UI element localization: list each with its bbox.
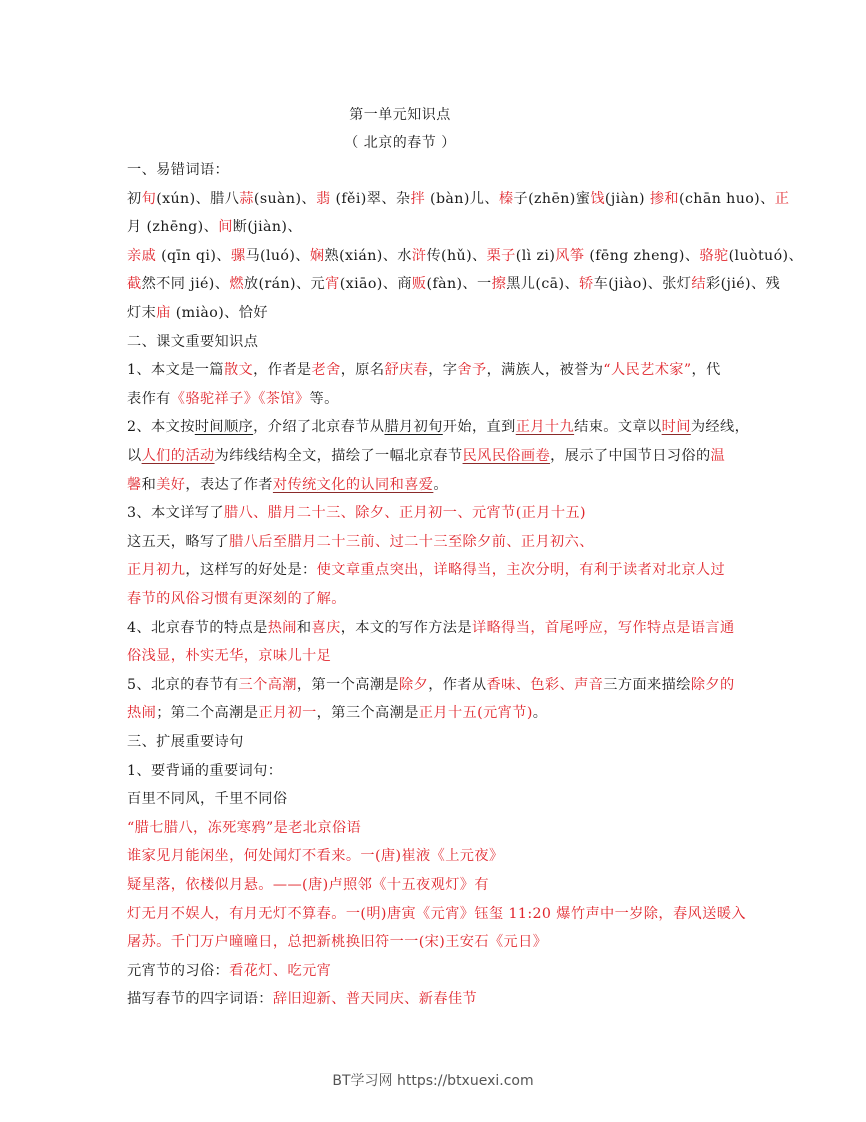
body-text: ，第三个高潮是	[317, 705, 419, 721]
body-text: 1、本文是一篇	[127, 362, 224, 378]
highlighted-text: 除夕的	[691, 677, 735, 693]
highlighted-text: 亲戚	[127, 248, 156, 264]
text-line: 热闹；第二个高潮是正月初一，第三个高潮是正月十五(元宵节)。	[127, 703, 742, 723]
body-text: 2、本文按	[127, 419, 195, 435]
body-text: (fàn)、一	[427, 276, 492, 292]
body-text: 描写春节的四字词语：	[127, 991, 273, 1007]
body-text: ，本文的写作方法是	[341, 620, 472, 636]
highlighted-text: 散文	[224, 362, 253, 378]
section-heading: 三、扩展重要诗句	[127, 732, 742, 752]
body-text: 结束。文章以	[574, 419, 662, 435]
highlighted-text: 骡	[231, 248, 246, 264]
text-line: 1、本文是一篇散文，作者是老舍，原名舒庆春，字舍予，满族人，被誉为“人民艺术家”…	[127, 360, 742, 380]
body-text: 断(jiàn)、	[233, 219, 302, 235]
text-line: 亲戚 (qīn qi)、骡马(luó)、娴熟(xián)、水浒传(hǔ)、栗子(…	[127, 246, 742, 266]
highlighted-text: 宵	[325, 276, 340, 292]
text-line: 3、本文详写了腊八、腊月二十三、除夕、正月初一、元宵节(正月十五)	[127, 503, 742, 523]
highlighted-text: 骆驼	[699, 248, 728, 264]
highlighted-text: 贩	[412, 276, 427, 292]
highlighted-text: 间	[218, 219, 233, 235]
text-line: 俗浅显，朴实无华，京味儿十足	[127, 646, 742, 666]
highlighted-text: 腊八、腊月二十三、除夕、正月初一、元宵节(正月十五)	[224, 505, 586, 521]
text-line: 4、北京春节的特点是热闹和喜庆，本文的写作方法是详略得当，首尾呼应，写作特点是语…	[127, 618, 742, 638]
highlighted-text: 正月十九	[516, 419, 574, 435]
text-line: 屠苏。千门万户曈曈日，总把新桃换旧符一一(宋)王安石《元日》	[127, 932, 742, 952]
body-text: 。	[533, 705, 548, 721]
highlighted-text: 屠苏。千门万户曈曈日，总把新桃换旧符一一(宋)王安石《元日》	[127, 934, 547, 950]
text-line: 灯无月不娱人，有月无灯不算春。一(明)唐寅《元宵》钰玺 11:20 爆竹声中一岁…	[127, 904, 742, 924]
highlighted-text: 人们的活动	[142, 448, 215, 464]
text-line: 初旬(xún)、腊八蒜(suàn)、翡 (fěi)翠、杂拌 (bàn)儿、榛子(…	[127, 189, 742, 209]
document-subtitle: （ 北京的春节 ）	[0, 132, 800, 152]
body-text: ，原名	[341, 362, 385, 378]
highlighted-text: 榛	[499, 191, 514, 207]
highlighted-text: 轿	[579, 276, 594, 292]
body-text: 为经线，	[691, 419, 749, 435]
body-text: 月 (zhēng)、	[127, 219, 218, 235]
highlighted-text: 使文章重点突出，详略得当，主次分明，有利于读者对北京人过	[317, 562, 725, 578]
body-text: 黑儿(cā)、	[506, 276, 579, 292]
body-text: (bàn)儿、	[425, 191, 499, 207]
body-text: ，第一个高潮是	[297, 677, 399, 693]
highlighted-text: 详略得当，首尾呼应，写作特点是语言通	[472, 620, 735, 636]
highlighted-text: 庙	[156, 305, 171, 321]
text-line: 2、本文按时间顺序，介绍了北京春节从腊月初旬开始，直到正月十九结束。文章以时间为…	[127, 417, 742, 437]
highlighted-text: 馨	[127, 477, 142, 493]
body-text: 开始，直到	[443, 419, 516, 435]
highlighted-text: 栗子	[487, 248, 516, 264]
body-text: (miào)、恰好	[171, 305, 268, 321]
body-text: 等。	[310, 391, 339, 407]
body-text: 灯末	[127, 305, 156, 321]
section-heading: 一、易错词语：	[127, 160, 742, 180]
body-text: 和	[297, 620, 312, 636]
body-text: 彩(jié)、残	[706, 276, 780, 292]
body-text: ，表达了作者	[185, 477, 273, 493]
highlighted-text: 看花灯、吃元宵	[229, 963, 331, 979]
highlighted-text: 民风民俗画卷	[463, 448, 551, 464]
text-line: 灯末庙 (miào)、恰好	[127, 303, 742, 323]
body-text: 然不同 jié)、	[142, 276, 230, 292]
text-line: 描写春节的四字词语：辞旧迎新、普天同庆、新春佳节	[127, 989, 742, 1009]
body-text: 1、要背诵的重要词句：	[127, 763, 282, 779]
highlighted-text: 舒庆春	[384, 362, 428, 378]
body-text: (xiāo)、商	[340, 276, 412, 292]
highlighted-text: 燃	[229, 276, 244, 292]
highlighted-text: 掺和	[650, 191, 679, 207]
body-text: 放(rán)、元	[244, 276, 325, 292]
highlighted-text: 擦	[492, 276, 507, 292]
highlighted-text: 谁家见月能闲坐，何处闻灯不看来。一(唐)崔液《上元夜》	[127, 848, 504, 864]
body-text: (jiàn)	[605, 191, 650, 207]
highlighted-text: 截	[127, 276, 142, 292]
highlighted-text: “人民艺术家”	[603, 362, 691, 378]
body-text: 为纬线结构全文，描绘了一幅北京春节	[215, 448, 463, 464]
highlighted-text: 除夕	[399, 677, 428, 693]
highlighted-text: 春节的风俗习惯有更深刻的了解。	[127, 591, 346, 607]
body-text: 和	[142, 477, 157, 493]
footer-watermark: BT学习网 https://btxuexi.com	[0, 1070, 866, 1090]
body-text: 元宵节的习俗：	[127, 963, 229, 979]
highlighted-text: 正月初九	[127, 562, 185, 578]
highlighted-text: 正月十五(元宵节)	[419, 705, 533, 721]
text-line: 表作有《骆驼祥子》《茶馆》等。	[127, 389, 742, 409]
highlighted-text: 旬	[142, 191, 157, 207]
text-line: 5、北京的春节有三个高潮，第一个高潮是除夕，作者从香味、色彩、声音三方面来描绘除…	[127, 675, 742, 695]
body-text: 熟(xián)、水	[325, 248, 412, 264]
body-text: ，作者从	[428, 677, 486, 693]
text-line: 以人们的活动为纬线结构全文，描绘了一幅北京春节民风民俗画卷，展示了中国节日习俗的…	[127, 446, 742, 466]
text-line: 截然不同 jié)、燃放(rán)、元宵(xiāo)、商贩(fàn)、一擦黑儿(…	[127, 274, 742, 294]
highlighted-text: 老舍	[312, 362, 341, 378]
body-text: 3、本文详写了	[127, 505, 224, 521]
body-text: (qīn qi)、	[156, 248, 231, 264]
highlighted-text: 三个高潮	[239, 677, 297, 693]
highlighted-text: 翡	[316, 191, 331, 207]
highlighted-text: 温	[711, 448, 726, 464]
highlighted-text: 腊月初旬	[384, 419, 442, 435]
body-text: 。	[433, 477, 448, 493]
highlighted-text: 灯无月不娱人，有月无灯不算春。一(明)唐寅《元宵》钰玺 11:20 爆竹声中一岁…	[127, 906, 746, 922]
text-line: 月 (zhēng)、间断(jiàn)、	[127, 217, 742, 237]
body-text: ，代	[692, 362, 721, 378]
body-text: (fēng zheng)、	[584, 248, 699, 264]
highlighted-text: 对传统文化的认同和喜爱	[273, 477, 433, 493]
body-text: ，作者是	[253, 362, 311, 378]
section-heading: 二、课文重要知识点	[127, 332, 742, 352]
body-text: 马(luó)、	[245, 248, 309, 264]
highlighted-text: 风筝	[555, 248, 584, 264]
body-text: (chān huo)、	[679, 191, 775, 207]
body-text: (lì zi)	[516, 248, 555, 264]
highlighted-text: “腊七腊八，冻死寒鸦”是老北京俗语	[127, 820, 361, 836]
body-text: (fěi)翠、杂	[331, 191, 411, 207]
document-page: 第一单元知识点 （ 北京的春节 ） 一、易错词语：初旬(xún)、腊八蒜(suà…	[0, 0, 866, 1122]
highlighted-text: 饯	[590, 191, 605, 207]
text-line: 1、要背诵的重要词句：	[127, 761, 742, 781]
highlighted-text: 腊八后至腊月二十三前、过二十三至除夕前、正月初六、	[229, 534, 594, 550]
highlighted-text: 《骆驼祥子》《茶馆》	[171, 391, 310, 407]
body-text: 4、北京春节的特点是	[127, 620, 268, 636]
body-text: (suàn)、	[254, 191, 316, 207]
body-text: 百里不同风，千里不同俗	[127, 791, 287, 807]
body-text: 子(zhēn)蜜	[514, 191, 591, 207]
highlighted-text: 热闹	[268, 620, 297, 636]
highlighted-text: 结	[691, 276, 706, 292]
text-line: “腊七腊八，冻死寒鸦”是老北京俗语	[127, 818, 742, 838]
body-text: ；第二个高潮是	[156, 705, 258, 721]
highlighted-text: 拌	[411, 191, 426, 207]
body-text: ，展示了中国节日习俗的	[550, 448, 710, 464]
highlighted-text: 正	[775, 191, 790, 207]
highlighted-text: 辞旧迎新、普天同庆、新春佳节	[273, 991, 477, 1007]
text-line: 元宵节的习俗：看花灯、吃元宵	[127, 961, 742, 981]
body-text: 这五天，略写了	[127, 534, 229, 550]
text-line: 谁家见月能闲坐，何处闻灯不看来。一(唐)崔液《上元夜》	[127, 846, 742, 866]
highlighted-text: 舍予	[457, 362, 486, 378]
body-text: ，这样写的好处是：	[185, 562, 316, 578]
text-line: 春节的风俗习惯有更深刻的了解。	[127, 589, 742, 609]
highlighted-text: 娴	[310, 248, 325, 264]
highlighted-text: 时间	[662, 419, 691, 435]
body-text: ，字	[428, 362, 457, 378]
body-text: 传(hǔ)、	[426, 248, 486, 264]
body-text: 初	[127, 191, 142, 207]
highlighted-text: 香味、色彩、声音	[487, 677, 604, 693]
highlighted-text: 热闹	[127, 705, 156, 721]
body-text: 三方面来描绘	[603, 677, 691, 693]
highlighted-text: 美好	[156, 477, 185, 493]
text-line: 疑星落，依楼似月悬。——(唐)卢照邻《十五夜观灯》有	[127, 875, 742, 895]
document-title: 第一单元知识点	[0, 104, 800, 124]
text-line: 这五天，略写了腊八后至腊月二十三前、过二十三至除夕前、正月初六、	[127, 532, 742, 552]
body-text: (luòtuó)、	[729, 248, 803, 264]
text-line: 馨和美好，表达了作者对传统文化的认同和喜爱。	[127, 475, 742, 495]
highlighted-text: 浒	[412, 248, 427, 264]
body-text: ，满族人，被誉为	[487, 362, 604, 378]
highlighted-text: 俗浅显，朴实无华，京味儿十足	[127, 648, 331, 664]
body-text: 5、北京的春节有	[127, 677, 239, 693]
body-text: 表作有	[127, 391, 171, 407]
body-text: 车(jiào)、张灯	[594, 276, 692, 292]
text-line: 百里不同风，千里不同俗	[127, 789, 742, 809]
text-line: 正月初九，这样写的好处是：使文章重点突出，详略得当，主次分明，有利于读者对北京人…	[127, 560, 742, 580]
body-text: ，介绍了北京春节从	[253, 419, 384, 435]
highlighted-text: 蒜	[239, 191, 254, 207]
highlighted-text: 喜庆	[312, 620, 341, 636]
highlighted-text: 时间顺序	[195, 419, 253, 435]
body-text: 以	[127, 448, 142, 464]
body-text: (xún)、腊八	[156, 191, 239, 207]
highlighted-text: 疑星落，依楼似月悬。——(唐)卢照邻《十五夜观灯》有	[127, 877, 489, 893]
highlighted-text: 正月初一	[258, 705, 316, 721]
